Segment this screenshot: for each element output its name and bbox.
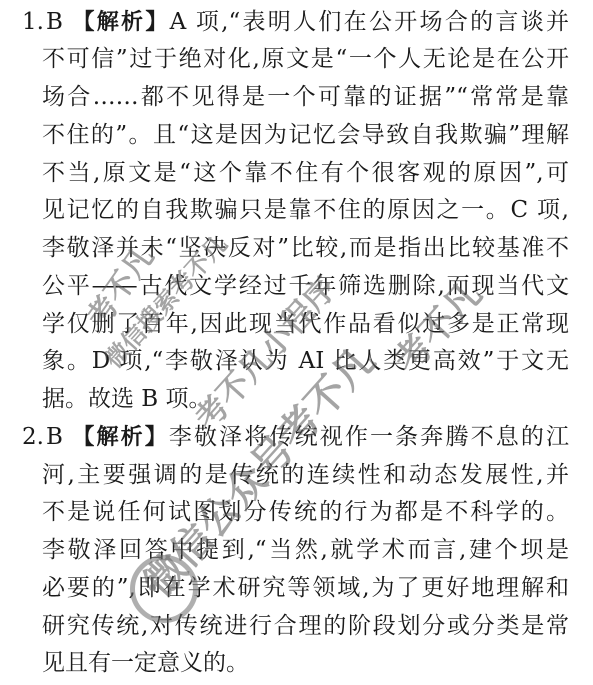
item-text: 李敬泽将传统视作一条奔腾不息的江 — [169, 424, 569, 450]
item-number: 1. — [22, 9, 44, 35]
item-2-line-2: 河,主要强调的是传统的连续性和动态发展性,并 — [42, 457, 569, 493]
item-1-line-2: 不可信”过于绝对化,原文是“一个人无论是在公开 — [42, 41, 569, 77]
analysis-tag: 【解析】 — [72, 425, 169, 450]
item-1-line-9: 学仅删了百年,因此现当代作品看似过多是正常现 — [42, 306, 569, 342]
item-1-line-6: 见记忆的自我欺骗只是靠不住的原因之一。C 项, — [42, 192, 569, 228]
item-answer: B — [46, 424, 63, 450]
item-1-line-5: 不当,原文是“这个靠不住有个很客观的原因”,可 — [42, 155, 569, 191]
item-2-line-5: 必要的”,即在学术研究等领域,为了更好地理解和 — [42, 570, 569, 606]
item-1-line-1: 1.B 【解析】A 项,“表明人们在公开场合的言谈并 — [22, 4, 569, 40]
item-text: A 项,“表明人们在公开场合的言谈并 — [170, 9, 569, 35]
item-1-line-10: 象。D 项,“李敬泽认为 AI 比人类更高效”于文无 — [42, 343, 569, 379]
item-answer: B — [46, 9, 63, 35]
item-2-line-7: 见且有一定意义的。 — [42, 645, 569, 681]
item-number: 2. — [22, 424, 44, 450]
item-1-line-7: 李敬泽并未“坚决反对”比较,而是指出比较基准不 — [42, 230, 569, 266]
item-2-line-4: 李敬泽回答中提到,“当然,就学术而言,建个坝是 — [42, 532, 569, 568]
item-2-line-1: 2.B 【解析】李敬泽将传统视作一条奔腾不息的江 — [22, 419, 569, 455]
item-2-line-6: 研究传统,对传统进行合理的阶段划分或分类是常 — [42, 608, 569, 644]
analysis-tag: 【解析】 — [72, 10, 169, 35]
item-1-line-4: 不住的”。且“这是因为记忆会导致自我欺骗”理解 — [42, 117, 569, 153]
item-1-line-3: 场合……都不见得是一个可靠的证据”“常常是靠 — [42, 79, 569, 115]
item-1-line-11: 据。故选 B 项。 — [42, 381, 569, 417]
item-1-line-8: 公平——古代文学经过千年筛选删除,而现当代文 — [42, 268, 569, 304]
item-2-line-3: 不是说任何试图划分传统的行为都是不科学的。 — [42, 494, 569, 530]
document-page: 1.B 【解析】A 项,“表明人们在公开场合的言谈并 不可信”过于绝对化,原文是… — [0, 0, 593, 685]
